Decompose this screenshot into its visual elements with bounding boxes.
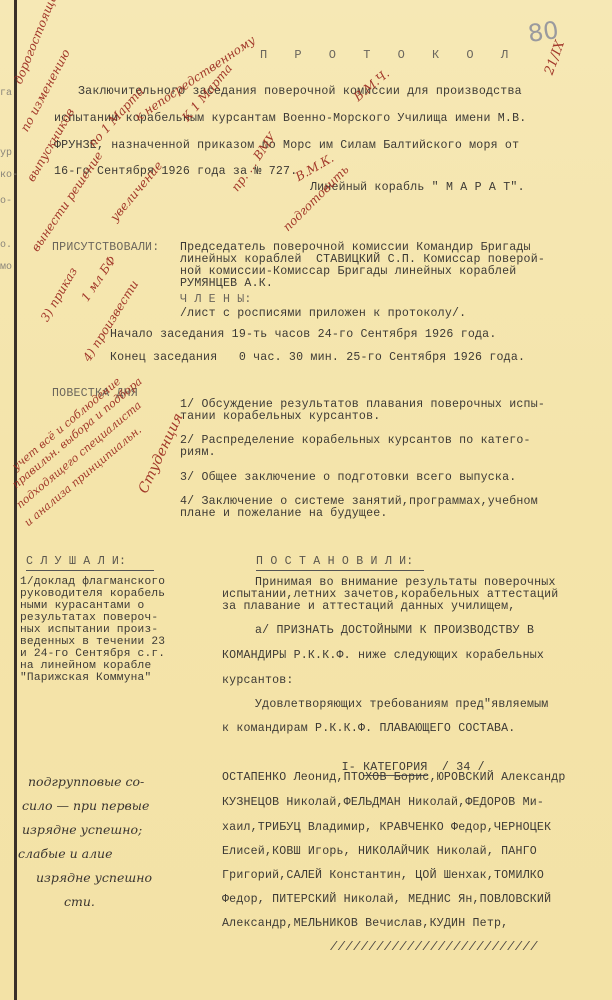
present-line: РУМЯНЦЕВ А.К. xyxy=(180,276,273,291)
agenda-item-3: 3/ Общее заключение о подготовки всего в… xyxy=(180,470,516,485)
margin-fragment: мо xyxy=(0,262,12,273)
black-handwritten-note: изрядне успешно xyxy=(36,870,152,885)
margin-fragment: ур xyxy=(0,148,12,159)
resolution-a-cont: КОМАНДИРЫ Р.К.К.Ф. ниже следующих корабе… xyxy=(222,648,544,663)
present-label: ПРИСУТСТВОВАЛИ: xyxy=(52,240,159,255)
agenda-item-4-cont: плане и пожелание на будущее. xyxy=(180,506,388,521)
black-handwritten-note: изрядне успешно; xyxy=(22,822,142,837)
red-handwritten-note: 1 мл БФ xyxy=(78,253,118,304)
heard-line: "Парижская Коммуна" xyxy=(20,671,151,686)
start-time: Начало заседания 19-ть часов 24-го Сентя… xyxy=(110,327,497,342)
agenda-item-1-cont: тании корабельных курсантов. xyxy=(180,409,380,424)
black-handwritten-note: подгрупповые со- xyxy=(28,774,144,789)
margin-fragment: га xyxy=(0,88,12,99)
end-time: Конец заседания 0 час. 30 мин. 25-го Сен… xyxy=(110,350,525,365)
end-slashes: /////////////////////////// xyxy=(330,940,538,954)
names-line: Александр,МЕЛЬНИКОВ Вечислав,КУДИН Петр, xyxy=(222,916,508,931)
satisfying-line: к командирам Р.К.К.Ф. ПЛАВАЮЩЕГО СОСТАВА… xyxy=(222,721,515,736)
names-line: ОСТАПЕНКО Леонид,ПТОХОВ Борис,ЮРОВСКИЙ А… xyxy=(222,770,566,785)
names-line: Федор, ПИТЕРСКИЙ Николай, МЕДНИС Ян,ПОВЛ… xyxy=(222,892,551,907)
black-handwritten-note: слабые и алие xyxy=(18,846,112,861)
names-line: Елисей,КОВШ Игорь, НИКОЛАЙЧИК Николай, П… xyxy=(222,844,537,859)
document-page: га ур ко- о- о. мо П Р О Т О К О Л Заклю… xyxy=(0,0,612,1000)
agenda-item-2-cont: риям. xyxy=(180,445,216,460)
resolved-header: П О С Т А Н О В И Л И: xyxy=(256,554,424,571)
document-title: П Р О Т О К О Л xyxy=(260,48,518,62)
location: Линейный корабль " М А Р А Т". xyxy=(310,180,525,195)
black-handwritten-note: сило — при первые xyxy=(22,798,149,813)
resolution-a: а/ ПРИЗНАТЬ ДОСТОЙНЫМИ К ПРОИЗВОДСТВУ В xyxy=(255,623,534,638)
red-signature: Студенция xyxy=(135,411,186,496)
names-line: Григорий,САЛЕЙ Константин, ЦОЙ Шенхак,ТО… xyxy=(222,868,544,883)
margin-fragment: о. xyxy=(0,240,12,251)
resolution-a-cont: курсантов: xyxy=(222,673,294,688)
intro-line: ФРУНЗЕ, назначенной приказом по Морс им … xyxy=(54,138,519,153)
members-label: Ч Л Е Н Ы: xyxy=(180,292,252,307)
resolved-line: за плавание и аттестаций данных училищем… xyxy=(222,599,515,614)
satisfying-line: Удовлетворяющих требованиям пред"являемы… xyxy=(255,697,548,712)
names-line: хаил,ТРИБУЦ Владимир, КРАВЧЕНКО Федор,ЧЕ… xyxy=(222,820,551,835)
black-handwritten-note: сти. xyxy=(64,894,95,909)
margin-fragment: ко- xyxy=(0,170,18,181)
names-line: КУЗНЕЦОВ Николай,ФЕЛЬДМАН Николай,ФЕДОРО… xyxy=(222,795,544,810)
agenda-item-2: 2/ Распределение корабельных курсантов п… xyxy=(180,433,531,448)
red-handwritten-note: 3) приказ xyxy=(38,265,80,324)
margin-fragment: о- xyxy=(0,196,12,207)
heard-header: С Л У Ш А Л И: xyxy=(26,554,154,571)
members-note: /лист с росписями приложен к протоколу/. xyxy=(180,306,466,321)
